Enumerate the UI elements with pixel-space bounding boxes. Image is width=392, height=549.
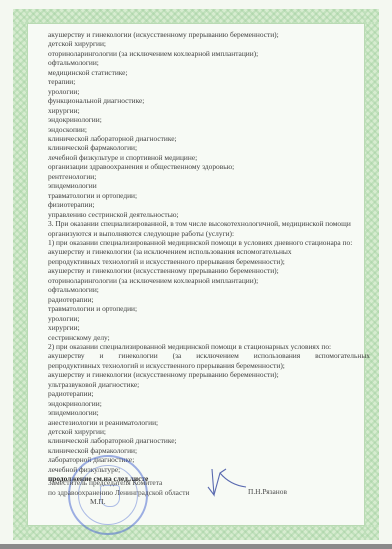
text-line: радиотерапии; (48, 295, 370, 304)
section-heading: 3. При оказании специализированной, в то… (48, 219, 370, 228)
text-line: клинической лабораторной диагностике; (48, 134, 370, 143)
text-line: эндокринологии; (48, 399, 370, 408)
signer-position: Заместитель председателя Комитета по здр… (48, 478, 189, 497)
subsection-heading: 2) при оказании специализированной медиц… (48, 342, 370, 351)
text-line: рентгенологии; (48, 172, 370, 181)
text-line: эпидемиологии; (48, 408, 370, 417)
text-line: эндоскопии; (48, 125, 370, 134)
scan-edge (0, 544, 392, 549)
text-line: хирургии; (48, 323, 370, 332)
text-line: управлению сестринской деятельностью; (48, 210, 370, 219)
text-line: функциональной диагностике; (48, 96, 370, 105)
subsection-heading: 1) при оказании специализированной медиц… (48, 238, 370, 247)
text-line: анестезиологии и реаниматологии; (48, 418, 370, 427)
text-line: эндокринологии; (48, 115, 370, 124)
text-line: акушерству и гинекологии (искусственному… (48, 266, 370, 275)
text-line: радиотерапии; (48, 389, 370, 398)
text-line: детской хирургии; (48, 427, 370, 436)
text-line: травматологии и ортопедии; (48, 191, 370, 200)
text-line: ультразвуковой диагностике; (48, 380, 370, 389)
document-body: акушерству и гинекологии (искусственному… (48, 30, 370, 484)
text-line: оториноларингологии (за исключением кохл… (48, 276, 370, 285)
text-line: медицинской статистике; (48, 68, 370, 77)
text-line: акушерству и гинекологии (искусственному… (48, 370, 370, 379)
text-line: офтальмологии; (48, 285, 370, 294)
text-line: репродуктивных технологий и искусственно… (48, 361, 370, 370)
position-line-2: по здравоохранению Ленинградской области (48, 488, 189, 498)
seal-label: М.П. (90, 497, 106, 506)
text-line: сестринскому делу; (48, 333, 370, 342)
text-line: урологии; (48, 87, 370, 96)
text-line: лечебной физкультуре и спортивной медици… (48, 153, 370, 162)
text-line: эпидемиологии (48, 181, 370, 190)
text-line: физиотерапии; (48, 200, 370, 209)
text-line: терапии; (48, 77, 370, 86)
text-line: акушерству и гинекологии (за исключением… (48, 351, 370, 360)
position-line-1: Заместитель председателя Комитета (48, 478, 189, 488)
text-line: офтальмологии; (48, 58, 370, 67)
text-line: акушерству и гинекологии (искусственному… (48, 30, 370, 39)
text-line: организуются и выполняются следующие раб… (48, 229, 370, 238)
text-line: урологии; (48, 314, 370, 323)
text-line: репродуктивных технологий и искусственно… (48, 257, 370, 266)
text-line: травматологии и ортопедии; (48, 304, 370, 313)
signature-icon (200, 465, 248, 505)
text-line: клинической фармакологии; (48, 446, 370, 455)
text-line: организации здравоохранения и общественн… (48, 162, 370, 171)
text-line: акушерству и гинекологии (за исключением… (48, 247, 370, 256)
text-line: оториноларингологии (за исключением кохл… (48, 49, 370, 58)
text-line: хирургии; (48, 106, 370, 115)
text-line: клинической лабораторной диагностике; (48, 436, 370, 445)
text-line: клинической фармакологии; (48, 143, 370, 152)
signer-name: П.Н.Рязанов (248, 487, 287, 496)
text-line: детской хирургии; (48, 39, 370, 48)
